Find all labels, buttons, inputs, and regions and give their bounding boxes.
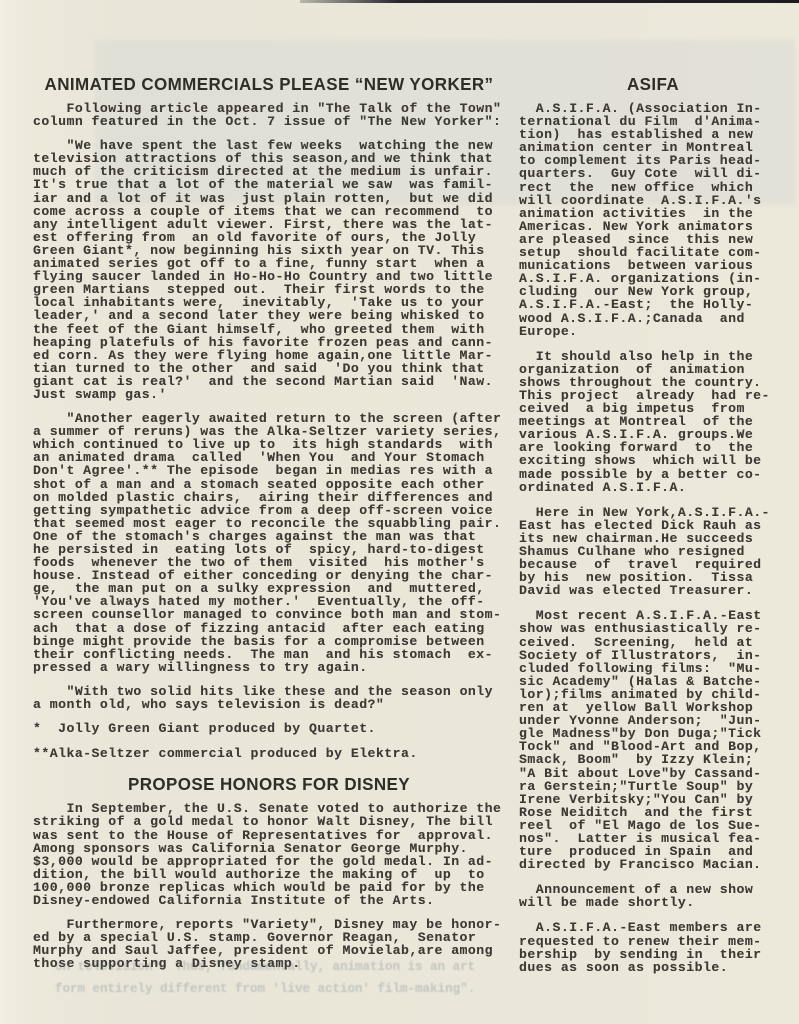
article-disney-body: In September, the U.S. Senate voted to a… <box>33 802 505 970</box>
article-footnotes: * Jolly Green Giant produced by Quartet.… <box>33 722 505 760</box>
section-heading-asifa: ASIFA <box>519 76 787 94</box>
paragraph: In September, the U.S. Senate voted to a… <box>33 802 505 907</box>
paragraph: * Jolly Green Giant produced by Quartet. <box>33 722 505 735</box>
paragraph: It should also help in the organization … <box>519 350 787 494</box>
paragraph: "With two solid hits like these and the … <box>33 685 505 711</box>
paragraph: A.S.I.F.A. (Association In- ternational … <box>519 102 787 338</box>
right-column: ASIFA A.S.I.F.A. (Association In- ternat… <box>519 76 787 986</box>
paragraph: Most recent A.S.I.F.A.-East show was ent… <box>519 609 787 871</box>
article-animated-commercials-body: Following article appeared in "The Talk … <box>33 102 505 711</box>
newsletter-page: ANIMATED COMMERCIALS PLEASE “NEW YORKER”… <box>0 0 799 1024</box>
paragraph: **Alka-Seltzer commercial produced by El… <box>33 747 505 760</box>
scan-top-edge <box>300 0 799 3</box>
left-column: ANIMATED COMMERCIALS PLEASE “NEW YORKER”… <box>33 76 505 981</box>
paragraph: on television". Thus,"fundamentally, ani… <box>55 956 615 978</box>
article-asifa-body: A.S.I.F.A. (Association In- ternational … <box>519 102 787 974</box>
paragraph: Announcement of a new show will be made … <box>519 883 787 909</box>
paragraph: Following article appeared in "The Talk … <box>33 102 505 128</box>
section-heading-propose-honors-disney: PROPOSE HONORS FOR DISNEY <box>33 776 505 794</box>
paragraph: "Another eagerly awaited return to the s… <box>33 412 505 674</box>
bleedthrough-text: on television". Thus,"fundamentally, ani… <box>55 956 615 1000</box>
paragraph: Here in New York,A.S.I.F.A.- East has el… <box>519 506 787 598</box>
section-heading-animated-commercials: ANIMATED COMMERCIALS PLEASE “NEW YORKER” <box>33 76 505 94</box>
paragraph: "We have spent the last few weeks watchi… <box>33 139 505 401</box>
paragraph: form entirely different from 'live actio… <box>55 978 615 1000</box>
